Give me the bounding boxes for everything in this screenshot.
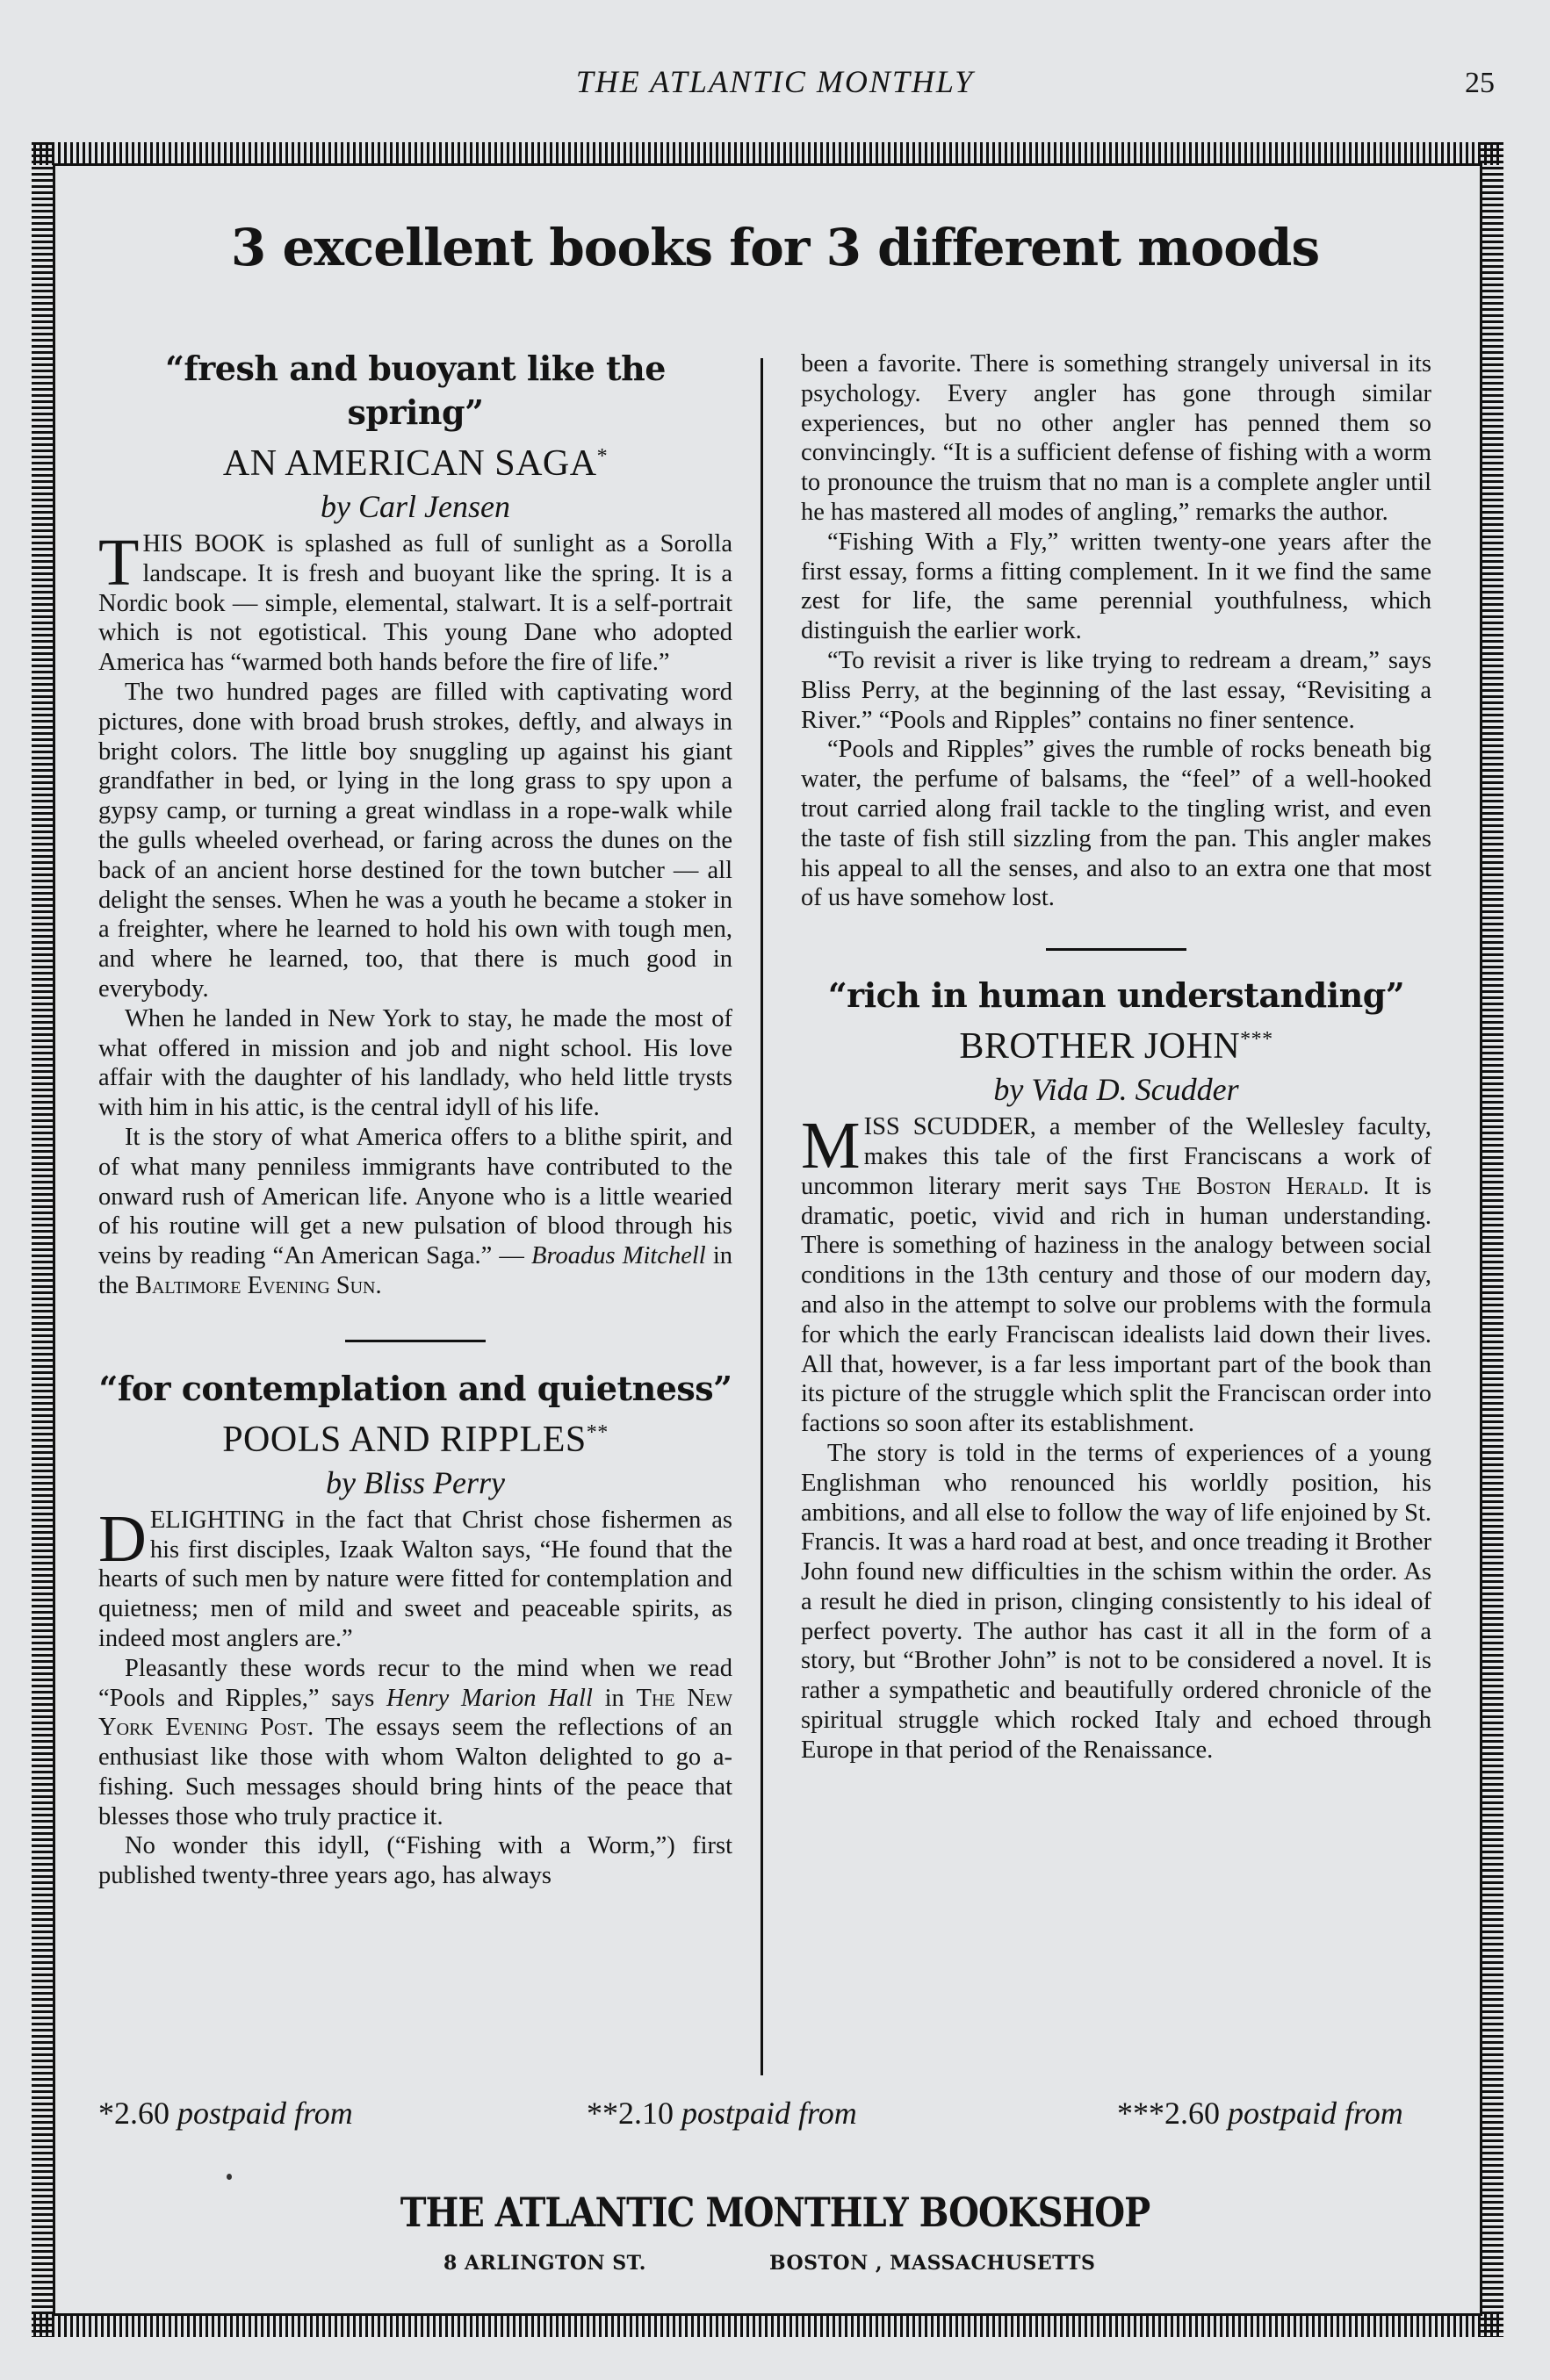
book-title-text: AN AMERICAN SAGA <box>223 443 597 484</box>
ad-headline: 3 excellent books for 3 different moods <box>0 218 1550 277</box>
paragraph-text: HIS BOOK is splashed as full of sunlight… <box>98 530 732 676</box>
review-paragraph: MISS SCUDDER, a member of the Wellesley … <box>801 1112 1431 1439</box>
price-marker: ** <box>587 1421 609 1444</box>
review-paragraph: “Fishing With a Fly,” written twenty-one… <box>801 528 1431 646</box>
review-source: The Boston Herald <box>1143 1173 1363 1200</box>
review-author: Broadus Mitchell <box>531 1242 706 1269</box>
drop-cap: T <box>98 531 139 589</box>
book-title: AN AMERICAN SAGA* <box>98 435 732 485</box>
price-label: postpaid from <box>177 2096 353 2131</box>
book-title: BROTHER JOHN*** <box>801 1017 1431 1068</box>
price-marker: *** <box>1240 1028 1273 1051</box>
paragraph-text: . It is dramatic, poetic, vivid and rich… <box>801 1173 1431 1437</box>
price-amount: 2.60 <box>1164 2096 1220 2131</box>
price-marker: * <box>597 445 609 468</box>
left-column: “fresh and buoyant like the spring” AN A… <box>98 347 732 1891</box>
review-paragraph: Pleasantly these words recur to the mind… <box>98 1654 732 1832</box>
book-author: by Vida D. Scudder <box>801 1068 1431 1111</box>
review-author: Henry Marion Hall <box>386 1685 593 1712</box>
book-tagline: “for contemplation and quietness” <box>98 1367 732 1411</box>
price-label: postpaid from <box>681 2096 857 2131</box>
price-pools-and-ripples: **2.10 postpaid from <box>587 2095 857 2132</box>
review-source: Baltimore Evening Sun <box>135 1272 376 1299</box>
review-paragraph: DELIGHTING in the fact that Christ chose… <box>98 1506 732 1654</box>
price-marker: ** <box>587 2096 618 2131</box>
review-paragraph: When he landed in New York to stay, he m… <box>98 1004 732 1123</box>
book-author: by Bliss Perry <box>98 1462 732 1504</box>
page-number: 25 <box>1465 67 1495 100</box>
book-tagline: “fresh and buoyant like the spring” <box>98 347 732 435</box>
border-right <box>1481 142 1503 2337</box>
running-header-title: THE ATLANTIC MONTHLY <box>0 63 1550 100</box>
book-review-pools-and-ripples-continued: been a favorite. There is something stra… <box>801 349 1431 913</box>
review-paragraph: No wonder this idyll, (“Fishing with a W… <box>98 1831 732 1891</box>
border-bottom <box>33 2314 1502 2337</box>
right-column: been a favorite. There is something stra… <box>801 349 1431 1765</box>
column-divider <box>761 358 763 2075</box>
review-paragraph: been a favorite. There is something stra… <box>801 349 1431 528</box>
paragraph-text: in <box>593 1685 637 1712</box>
price-american-saga: *2.60 postpaid from <box>98 2095 353 2132</box>
price-label: postpaid from <box>1228 2096 1403 2131</box>
price-marker: *** <box>1117 2096 1164 2131</box>
paragraph-text: . <box>376 1272 382 1299</box>
bookshop-city: BOSTON , MASSACHUSETTS <box>769 2252 1095 2275</box>
review-paragraph: It is the story of what America offers t… <box>98 1123 732 1301</box>
review-paragraph: “Pools and Ripples” gives the rumble of … <box>801 735 1431 913</box>
price-marker: * <box>98 2096 114 2131</box>
print-speck <box>227 2174 232 2180</box>
bookshop-street: 8 ARLINGTON ST. <box>443 2252 646 2275</box>
drop-cap: D <box>98 1507 147 1565</box>
border-top <box>33 142 1502 165</box>
price-amount: 2.10 <box>618 2096 674 2131</box>
border-left <box>32 142 54 2337</box>
paragraph-text: ELIGHTING in the fact that Christ chose … <box>98 1506 732 1652</box>
review-paragraph: THIS BOOK is splashed as full of sunligh… <box>98 529 732 678</box>
book-tagline: “rich in human understanding” <box>801 974 1431 1017</box>
price-brother-john: ***2.60 postpaid from <box>1117 2095 1403 2132</box>
book-review-american-saga: “fresh and buoyant like the spring” AN A… <box>98 347 732 1301</box>
book-title-text: BROTHER JOHN <box>959 1026 1240 1067</box>
drop-cap: M <box>801 1114 861 1172</box>
review-paragraph: The two hundred pages are filled with ca… <box>98 678 732 1004</box>
book-review-pools-and-ripples: “for contemplation and quietness” POOLS … <box>98 1367 732 1891</box>
book-author: by Carl Jensen <box>98 485 732 528</box>
book-title-text: POOLS AND RIPPLES <box>222 1420 587 1460</box>
price-amount: 2.60 <box>114 2096 169 2131</box>
book-title: POOLS AND RIPPLES** <box>98 1411 732 1462</box>
review-paragraph: The story is told in the terms of experi… <box>801 1439 1431 1765</box>
book-review-brother-john: “rich in human understanding” BROTHER JO… <box>801 974 1431 1765</box>
review-paragraph: “To revisit a river is like trying to re… <box>801 646 1431 735</box>
bookshop-name: THE ATLANTIC MONTHLY BOOKSHOP <box>0 2189 1550 2236</box>
